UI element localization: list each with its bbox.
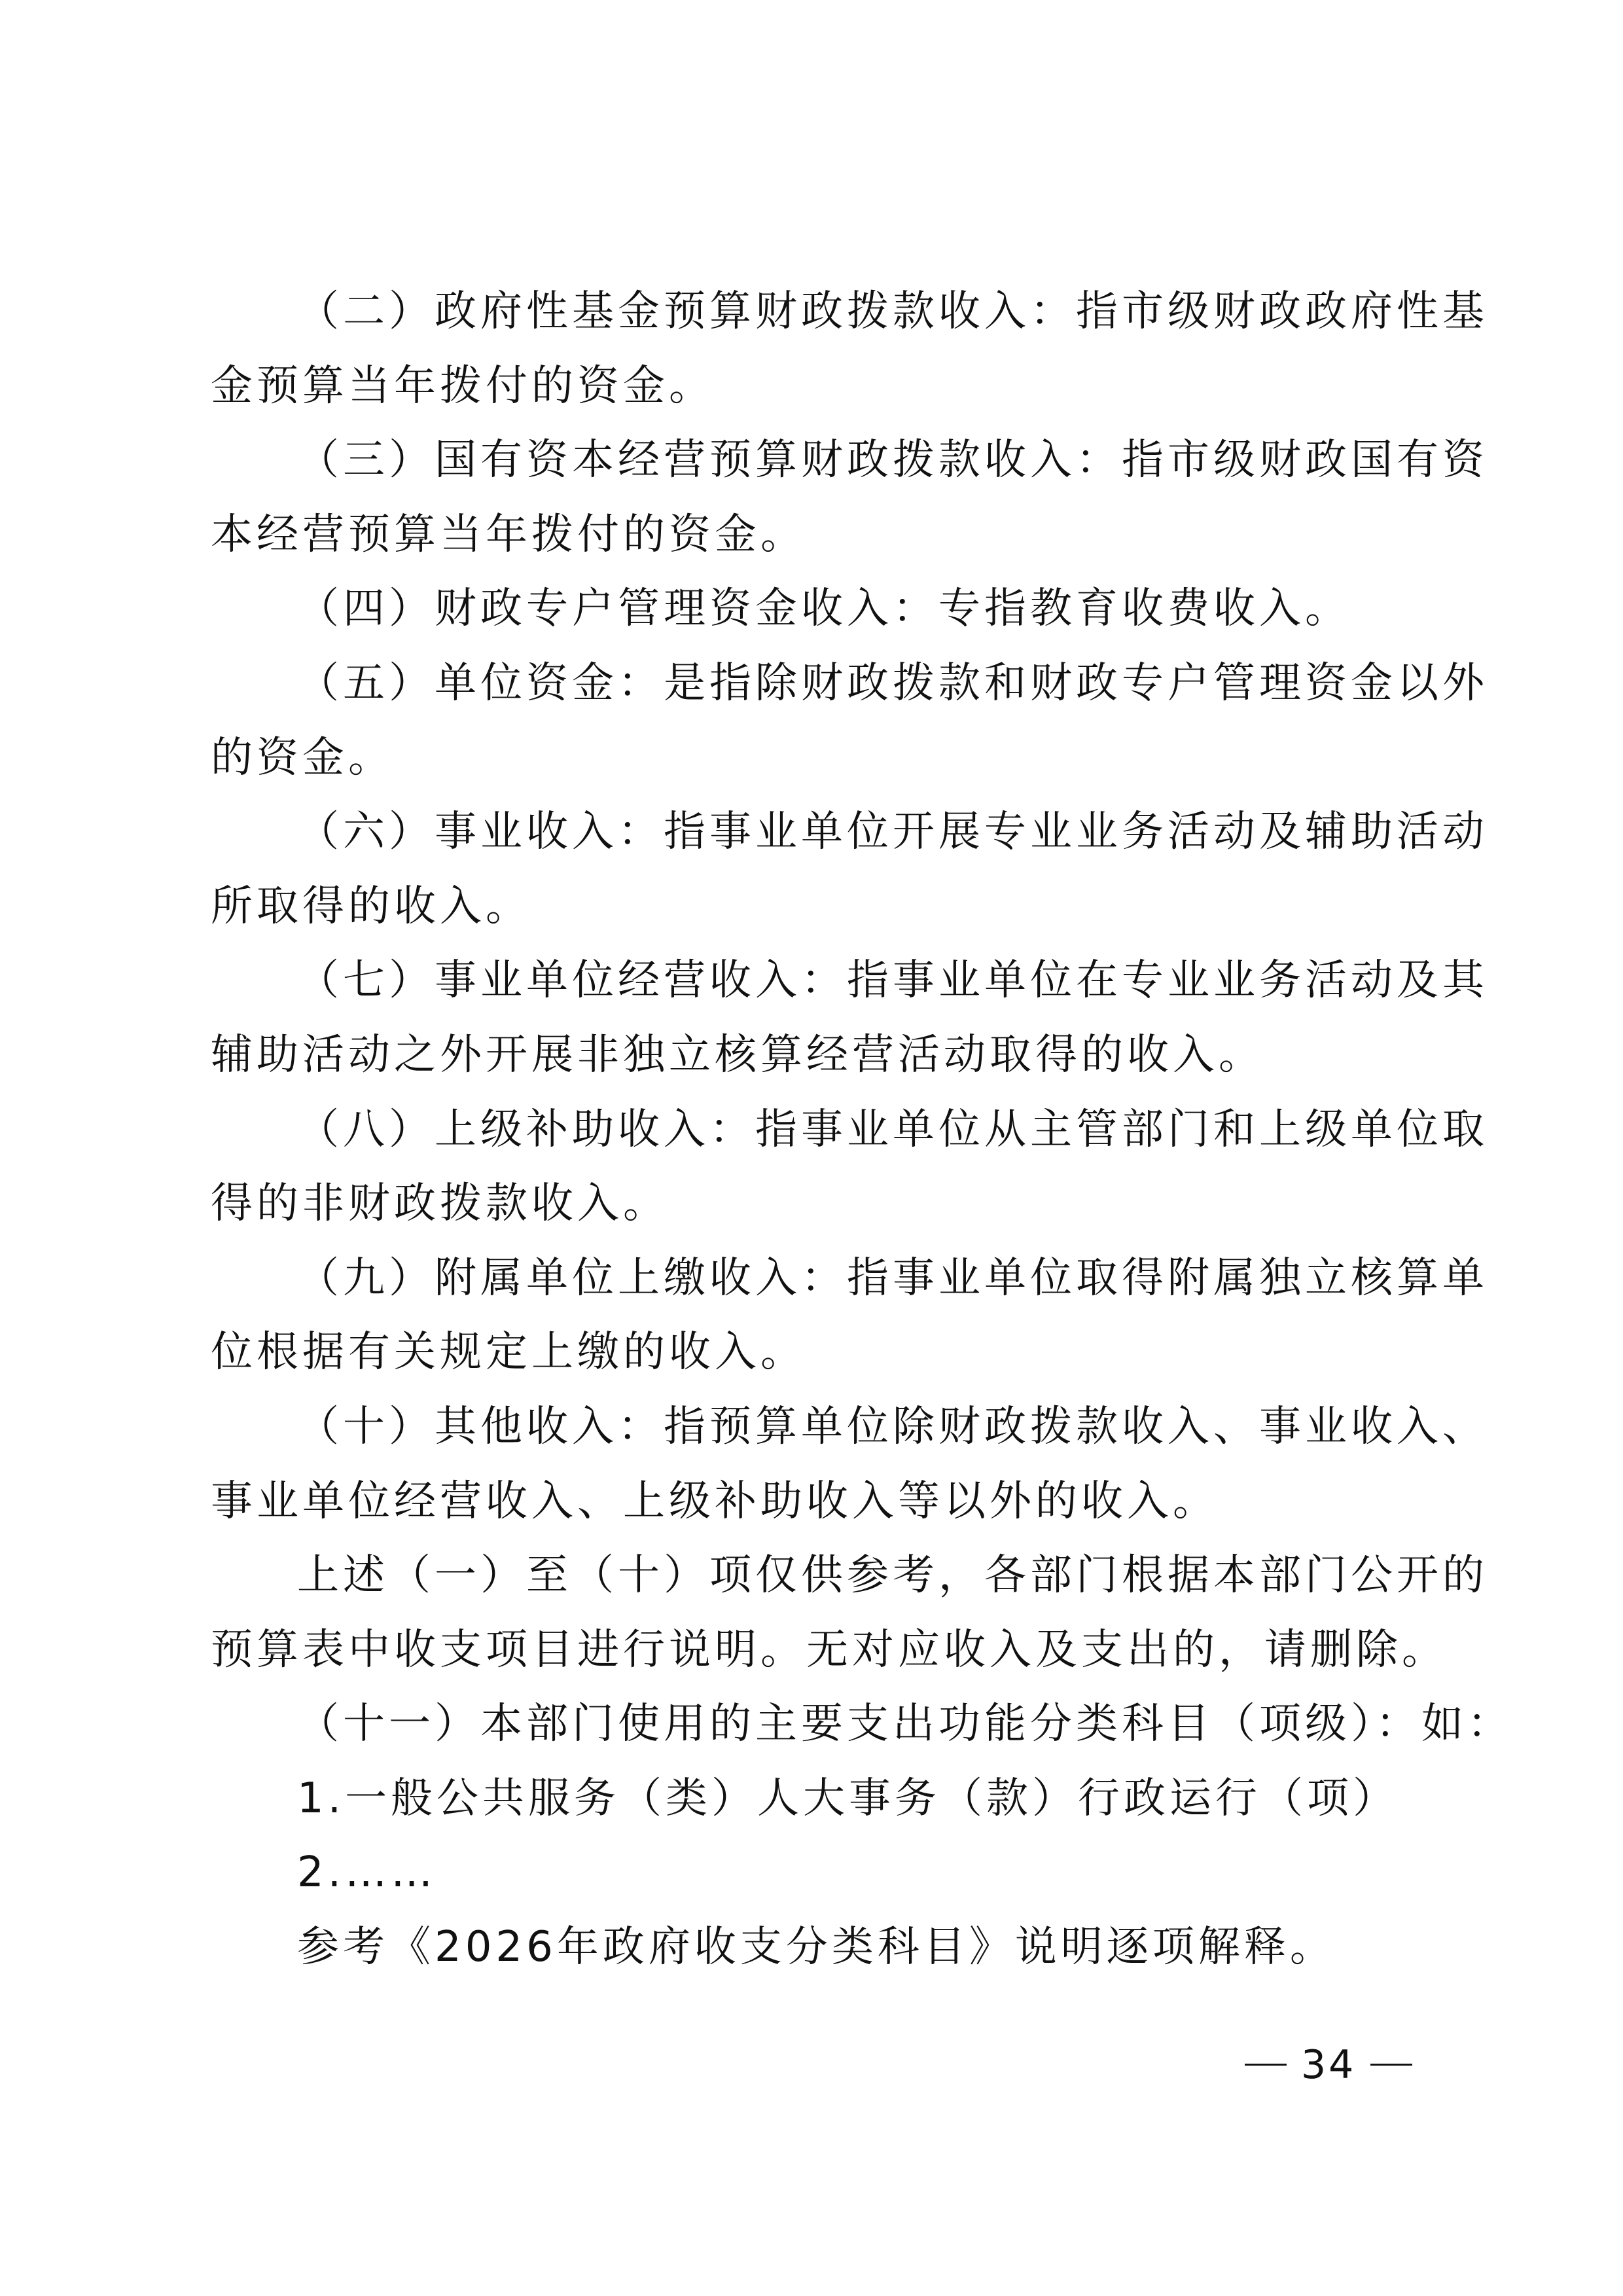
paragraph-item-8-line-1: （八）上级补助收入：指事业单位从主管部门和上级单位取 bbox=[211, 1093, 1418, 1168]
paragraph-item-5-line-2: 的资金。 bbox=[211, 721, 1418, 796]
list-item-2: 2.…… bbox=[211, 1836, 1418, 1910]
document-page: （二）政府性基金预算财政拨款收入：指市级财政政府性基 金预算当年拨付的资金。 （… bbox=[0, 0, 1623, 2296]
page-number-value: 34 bbox=[1301, 2042, 1356, 2088]
dash-right-icon bbox=[1370, 2064, 1412, 2066]
paragraph-item-4: （四）财政专户管理资金收入：专指教育收费收入。 bbox=[211, 572, 1418, 647]
paragraph-item-10-line-1: （十）其他收入：指预算单位除财政拨款收入、事业收入、 bbox=[211, 1390, 1418, 1465]
page-number: 34 bbox=[1230, 2036, 1427, 2094]
paragraph-item-7-line-2: 辅助活动之外开展非独立核算经营活动取得的收入。 bbox=[211, 1018, 1418, 1093]
paragraph-item-9-line-2: 位根据有关规定上缴的收入。 bbox=[211, 1316, 1418, 1390]
reference-note: 参考《2026年政府收支分类科目》说明逐项解释。 bbox=[211, 1910, 1418, 1985]
body-text: （二）政府性基金预算财政拨款收入：指市级财政政府性基 金预算当年拨付的资金。 （… bbox=[211, 275, 1418, 1985]
paragraph-item-11: （十一）本部门使用的主要支出功能分类科目（项级）：如： bbox=[211, 1687, 1418, 1762]
paragraph-item-7-line-1: （七）事业单位经营收入：指事业单位在专业业务活动及其 bbox=[211, 944, 1418, 1018]
paragraph-item-3-line-2: 本经营预算当年拨付的资金。 bbox=[211, 498, 1418, 573]
paragraph-item-3-line-1: （三）国有资本经营预算财政拨款收入：指市级财政国有资 bbox=[211, 423, 1418, 498]
dash-left-icon bbox=[1245, 2064, 1287, 2066]
paragraph-note-line-2: 预算表中收支项目进行说明。无对应收入及支出的，请删除。 bbox=[211, 1613, 1418, 1688]
paragraph-item-6-line-2: 所取得的收入。 bbox=[211, 870, 1418, 944]
list-item-1: 1.一般公共服务（类）人大事务（款）行政运行（项） bbox=[211, 1762, 1418, 1837]
paragraph-item-10-line-2: 事业单位经营收入、上级补助收入等以外的收入。 bbox=[211, 1465, 1418, 1539]
paragraph-item-5-line-1: （五）单位资金：是指除财政拨款和财政专户管理资金以外 bbox=[211, 647, 1418, 721]
paragraph-item-9-line-1: （九）附属单位上缴收入：指事业单位取得附属独立核算单 bbox=[211, 1242, 1418, 1316]
paragraph-item-8-line-2: 得的非财政拨款收入。 bbox=[211, 1167, 1418, 1242]
paragraph-note-line-1: 上述（一）至（十）项仅供参考，各部门根据本部门公开的 bbox=[211, 1539, 1418, 1613]
paragraph-item-2-line-2: 金预算当年拨付的资金。 bbox=[211, 350, 1418, 424]
paragraph-item-6-line-1: （六）事业收入：指事业单位开展专业业务活动及辅助活动 bbox=[211, 795, 1418, 870]
paragraph-item-2-line-1: （二）政府性基金预算财政拨款收入：指市级财政政府性基 bbox=[211, 275, 1418, 350]
